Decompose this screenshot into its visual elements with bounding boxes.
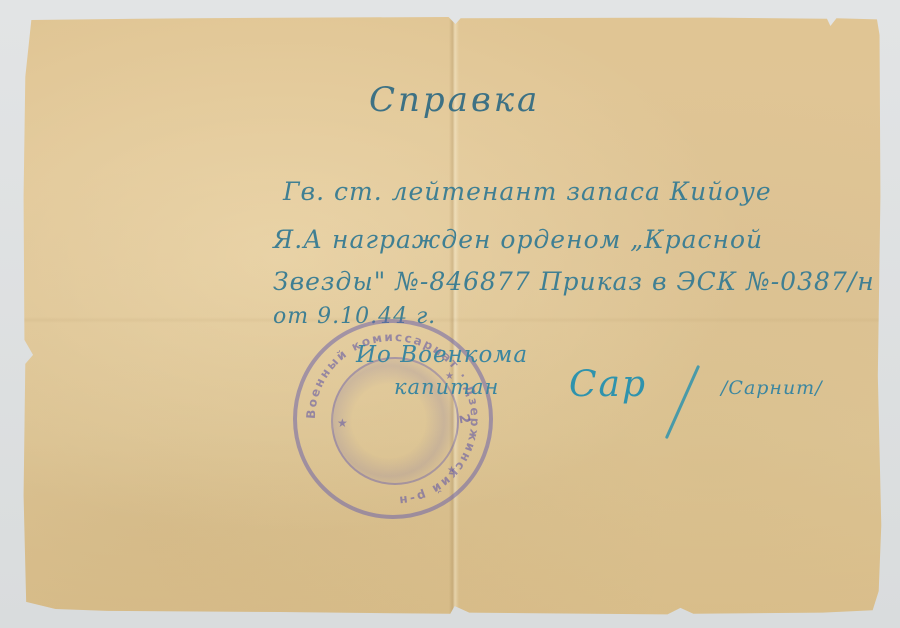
signature-stroke [665, 365, 700, 439]
signatory-title: Ио Военкома [356, 342, 528, 368]
body-line-3: Звезды" №-846877 Приказ в ЭСК №-0387/н [273, 267, 875, 296]
scan-background: Справка Гв. ст. лейтенант запаса Кийоуе … [0, 0, 900, 628]
signatory-name: /Сарнит/ [721, 377, 823, 399]
body-line-1: Гв. ст. лейтенант запаса Кийоуе [283, 177, 772, 206]
document-title: Справка [369, 80, 540, 120]
handwritten-signature: Сар [569, 364, 647, 405]
body-line-2: Я.А награжден орденом „Красной [273, 225, 763, 254]
document-paper: Справка Гв. ст. лейтенант запаса Кийоуе … [21, 17, 883, 615]
signatory-rank: капитан [394, 375, 499, 399]
svg-text:★: ★ [447, 465, 456, 476]
